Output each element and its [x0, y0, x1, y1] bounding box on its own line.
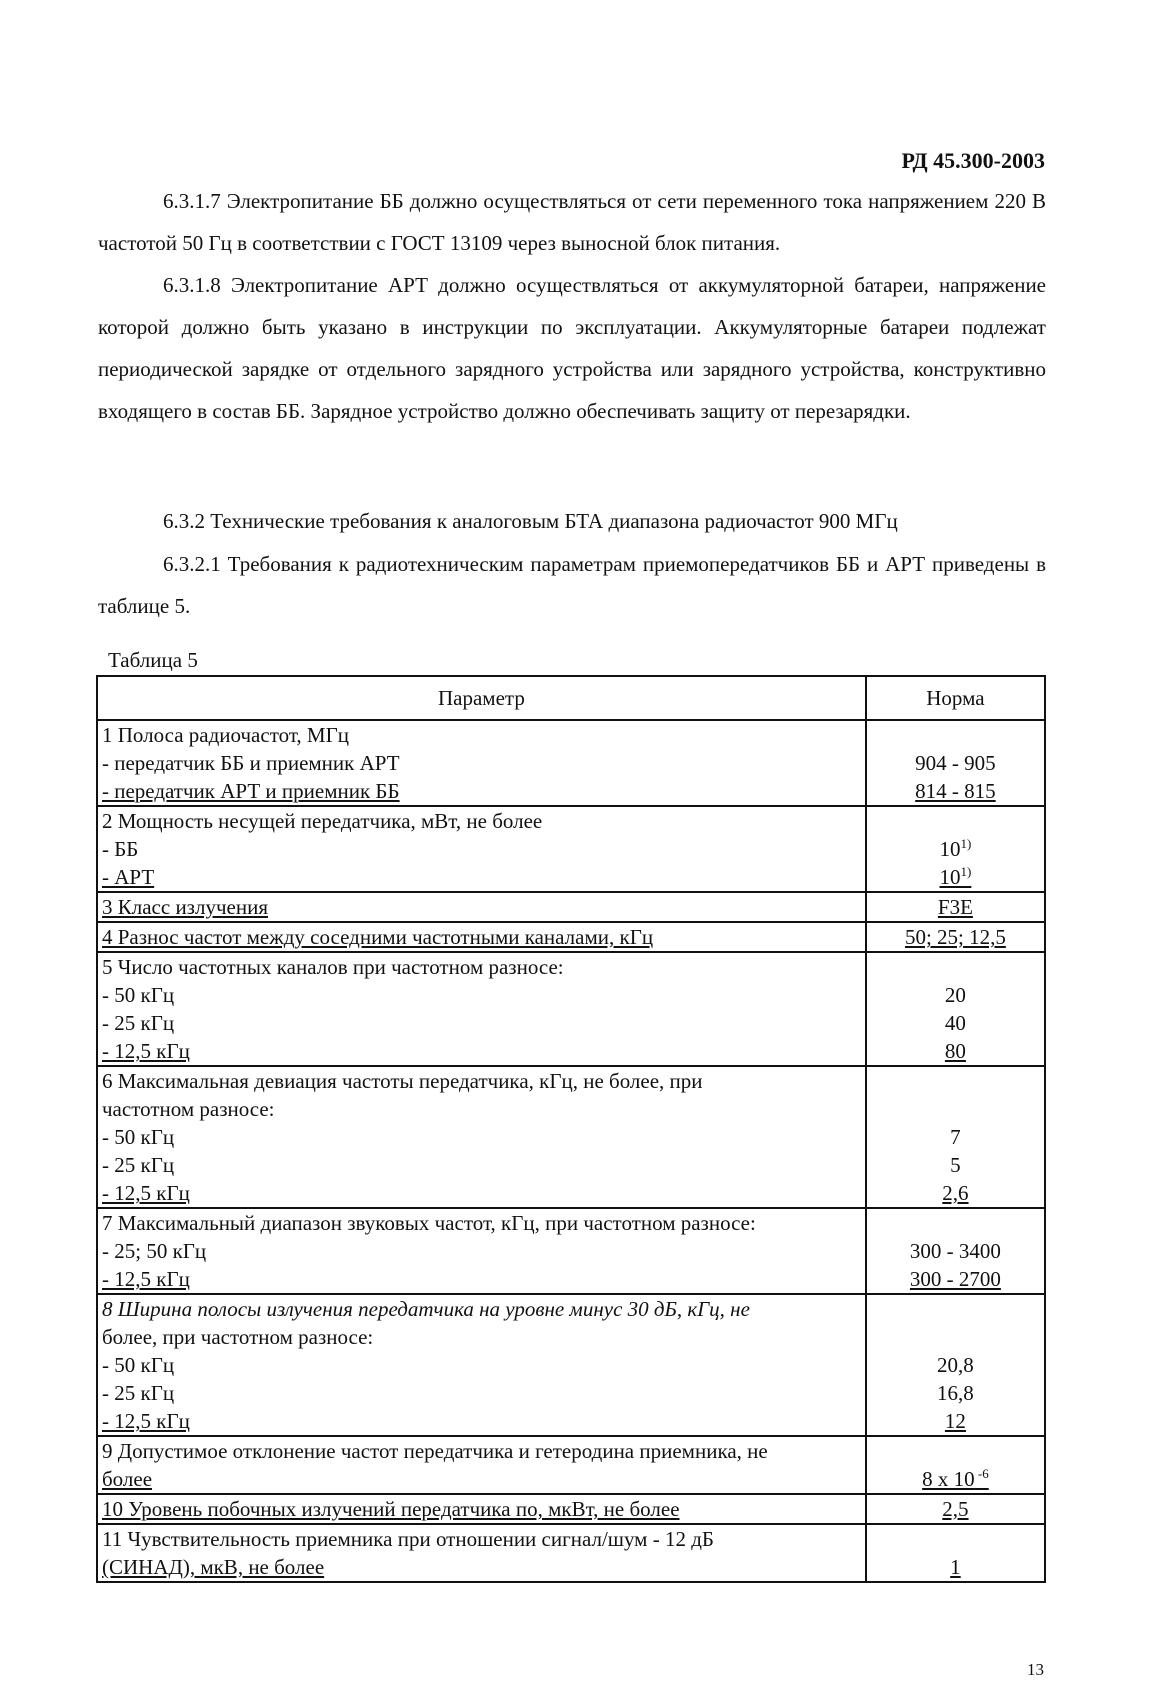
- parameter-line: - 12,5 кГц: [102, 1037, 861, 1065]
- norm-line: 8 x 10 -6: [871, 1465, 1040, 1493]
- parameter-cell: 10 Уровень побочных излучений передатчик…: [97, 1494, 866, 1524]
- parameter-cell: 5 Число частотных каналов при частотном …: [97, 952, 866, 1066]
- parameter-line: 10 Уровень побочных излучений передатчик…: [102, 1495, 861, 1523]
- parameter-line: 6 Максимальная девиация частоты передатч…: [102, 1067, 861, 1095]
- norm-superscript: -6: [975, 1466, 989, 1481]
- norm-line: [871, 721, 1040, 749]
- norm-cell: 300 - 3400300 - 2700: [866, 1208, 1045, 1294]
- parameter-cell: 9 Допустимое отклонение частот передатчи…: [97, 1436, 866, 1494]
- table-row: 5 Число частотных каналов при частотном …: [97, 952, 1045, 1066]
- norm-line: 814 - 815: [871, 777, 1040, 805]
- parameter-line: - передатчик АРТ и приемник ББ: [102, 777, 861, 805]
- table-header-row: Параметр Норма: [97, 676, 1045, 720]
- table-row: 10 Уровень побочных излучений передатчик…: [97, 1494, 1045, 1524]
- parameter-cell: 4 Разнос частот между соседними частотны…: [97, 922, 866, 952]
- norm-value: 20: [945, 983, 966, 1007]
- norm-value: 12: [945, 1409, 966, 1433]
- norm-value: F3E: [938, 895, 973, 919]
- norm-line: [871, 1095, 1040, 1123]
- parameter-line: 11 Чувствительность приемника при отноше…: [102, 1525, 861, 1553]
- norm-line: 7: [871, 1123, 1040, 1151]
- norm-line: 12: [871, 1407, 1040, 1435]
- parameter-line: - АРТ: [102, 863, 861, 891]
- header-norm: Норма: [866, 676, 1045, 720]
- table-row: 11 Чувствительность приемника при отноше…: [97, 1524, 1045, 1582]
- norm-line: 1: [871, 1553, 1040, 1581]
- norm-superscript: 1): [961, 836, 972, 851]
- parameter-line: 9 Допустимое отклонение частот передатчи…: [102, 1437, 861, 1465]
- norm-line: [871, 807, 1040, 835]
- parameter-line: - передатчик ББ и приемник АРТ: [102, 749, 861, 777]
- norm-cell: 2,5: [866, 1494, 1045, 1524]
- parameter-line: 8 Ширина полосы излучения передатчика на…: [102, 1295, 861, 1323]
- parameter-line: 1 Полоса радиочастот, МГц: [102, 721, 861, 749]
- norm-line: [871, 1323, 1040, 1351]
- norm-value: 8 x 10: [922, 1467, 975, 1491]
- parameter-line: - 25; 50 кГц: [102, 1237, 861, 1265]
- parameter-line: - 50 кГц: [102, 1351, 861, 1379]
- parameter-line: 5 Число частотных каналов при частотном …: [102, 953, 861, 981]
- parameter-line: более: [102, 1465, 861, 1493]
- norm-line: [871, 1525, 1040, 1553]
- norm-line: 101): [871, 863, 1040, 891]
- parameter-line: - 50 кГц: [102, 1123, 861, 1151]
- norm-value: 16,8: [937, 1381, 974, 1405]
- norm-value: 5: [950, 1153, 961, 1177]
- paragraph-6-3-2-1: 6.3.2.1 Требования к радиотехническим па…: [98, 543, 1046, 627]
- table-body: 1 Полоса радиочастот, МГц- передатчик ББ…: [97, 720, 1045, 1582]
- norm-line: 20: [871, 981, 1040, 1009]
- norm-cell: 8 x 10 -6: [866, 1436, 1045, 1494]
- norm-line: 904 - 905: [871, 749, 1040, 777]
- parameter-line: (СИНАД), мкВ, не более: [102, 1553, 861, 1581]
- norm-value: 904 - 905: [915, 751, 996, 775]
- norm-value: 50; 25; 12,5: [905, 925, 1006, 949]
- parameter-line: - 25 кГц: [102, 1151, 861, 1179]
- table-row: 7 Максимальный диапазон звуковых частот,…: [97, 1208, 1045, 1294]
- table-row: 2 Мощность несущей передатчика, мВт, не …: [97, 806, 1045, 892]
- norm-line: 16,8: [871, 1379, 1040, 1407]
- parameter-line: - 25 кГц: [102, 1379, 861, 1407]
- parameter-line: - 12,5 кГц: [102, 1407, 861, 1435]
- norm-line: [871, 1209, 1040, 1237]
- parameter-line: 3 Класс излучения: [102, 893, 861, 921]
- table-row: 6 Максимальная девиация частоты передатч…: [97, 1066, 1045, 1208]
- norm-line: [871, 953, 1040, 981]
- norm-cell: F3E: [866, 892, 1045, 922]
- norm-value: 814 - 815: [915, 779, 996, 803]
- parameters-table: Параметр Норма 1 Полоса радиочастот, МГц…: [96, 675, 1046, 1583]
- norm-cell: 101)101): [866, 806, 1045, 892]
- header-parameter: Параметр: [97, 676, 866, 720]
- table-row: 1 Полоса радиочастот, МГц- передатчик ББ…: [97, 720, 1045, 806]
- parameter-line: - ББ: [102, 835, 861, 863]
- parameter-cell: 3 Класс излучения: [97, 892, 866, 922]
- page-number: 13: [1027, 1660, 1044, 1680]
- norm-line: [871, 1295, 1040, 1323]
- norm-superscript: 1): [961, 864, 972, 879]
- norm-value: 80: [945, 1039, 966, 1063]
- norm-line: 5: [871, 1151, 1040, 1179]
- norm-cell: 904 - 905814 - 815: [866, 720, 1045, 806]
- norm-line: F3E: [871, 893, 1040, 921]
- parameter-line: более, при частотном разносе:: [102, 1323, 861, 1351]
- norm-value: 10: [940, 837, 961, 861]
- parameter-cell: 2 Мощность несущей передатчика, мВт, не …: [97, 806, 866, 892]
- norm-cell: 50; 25; 12,5: [866, 922, 1045, 952]
- norm-line: 300 - 2700: [871, 1265, 1040, 1293]
- norm-value: 1: [950, 1555, 961, 1579]
- norm-line: 2,5: [871, 1495, 1040, 1523]
- norm-line: 300 - 3400: [871, 1237, 1040, 1265]
- norm-line: 2,6: [871, 1179, 1040, 1207]
- parameter-cell: 11 Чувствительность приемника при отноше…: [97, 1524, 866, 1582]
- norm-cell: 20,816,812: [866, 1294, 1045, 1436]
- norm-line: [871, 1437, 1040, 1465]
- norm-value: 20,8: [937, 1353, 974, 1377]
- table-row: 3 Класс излученияF3E: [97, 892, 1045, 922]
- paragraph-6-3-1-8: 6.3.1.8 Электропитание АРТ должно осущес…: [98, 264, 1046, 432]
- parameter-line: - 12,5 кГц: [102, 1265, 861, 1293]
- parameter-line: - 50 кГц: [102, 981, 861, 1009]
- parameter-cell: 7 Максимальный диапазон звуковых частот,…: [97, 1208, 866, 1294]
- parameter-line: 4 Разнос частот между соседними частотны…: [102, 923, 861, 951]
- parameter-cell: 6 Максимальная девиация частоты передатч…: [97, 1066, 866, 1208]
- parameter-line: 7 Максимальный диапазон звуковых частот,…: [102, 1209, 861, 1237]
- norm-cell: 752,6: [866, 1066, 1045, 1208]
- norm-value: 10: [940, 865, 961, 889]
- document-page: РД 45.300-2003 6.3.1.7 Электропитание ББ…: [0, 0, 1168, 1694]
- norm-value: 2,5: [942, 1497, 968, 1521]
- table-caption: Таблица 5: [108, 648, 198, 673]
- parameter-line: - 25 кГц: [102, 1009, 861, 1037]
- norm-line: 101): [871, 835, 1040, 863]
- norm-value: 40: [945, 1011, 966, 1035]
- norm-line: 80: [871, 1037, 1040, 1065]
- parameter-cell: 8 Ширина полосы излучения передатчика на…: [97, 1294, 866, 1436]
- norm-line: 40: [871, 1009, 1040, 1037]
- table-row: 9 Допустимое отклонение частот передатчи…: [97, 1436, 1045, 1494]
- parameter-cell: 1 Полоса радиочастот, МГц- передатчик ББ…: [97, 720, 866, 806]
- norm-line: 20,8: [871, 1351, 1040, 1379]
- document-code: РД 45.300-2003: [901, 148, 1045, 174]
- paragraph-6-3-1-7: 6.3.1.7 Электропитание ББ должно осущест…: [98, 180, 1046, 264]
- table-row: 8 Ширина полосы излучения передатчика на…: [97, 1294, 1045, 1436]
- norm-value: 7: [950, 1125, 961, 1149]
- norm-line: [871, 1067, 1040, 1095]
- norm-value: 300 - 3400: [910, 1239, 1001, 1263]
- norm-cell: 204080: [866, 952, 1045, 1066]
- parameter-line: частотном разносе:: [102, 1095, 861, 1123]
- table-row: 4 Разнос частот между соседними частотны…: [97, 922, 1045, 952]
- parameter-line: 2 Мощность несущей передатчика, мВт, не …: [102, 807, 861, 835]
- norm-value: 2,6: [942, 1181, 968, 1205]
- norm-cell: 1: [866, 1524, 1045, 1582]
- norm-value: 300 - 2700: [910, 1267, 1001, 1291]
- section-heading-6-3-2: 6.3.2 Технические требования к аналоговы…: [98, 500, 1046, 542]
- norm-line: 50; 25; 12,5: [871, 923, 1040, 951]
- parameter-line: - 12,5 кГц: [102, 1179, 861, 1207]
